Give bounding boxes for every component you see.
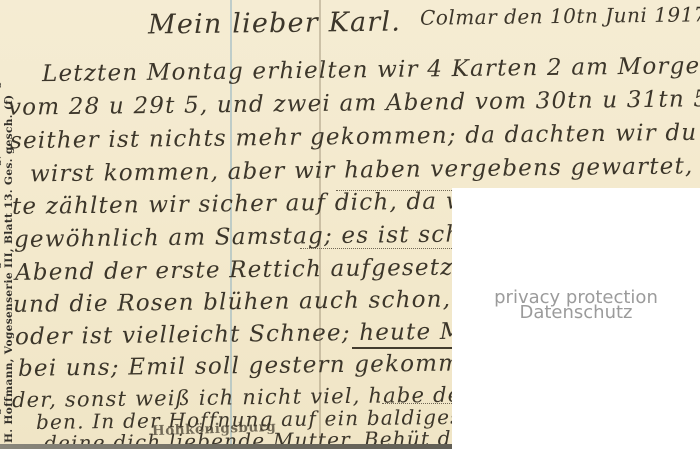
place-date-line: Colmar den 10tn Juni 1917 [420,2,700,30]
handwriting-line: und die Rosen blühen auch schon, ho [13,286,491,318]
privacy-overlay: privacy protection Datenschutz [452,188,700,449]
salutation: Mein lieber Karl. [148,6,401,40]
dotted-underline-mark [382,403,454,404]
postcard-scan: Verlag der Hofkunsthandlung Edm. von Kön… [0,0,700,449]
dotted-underline-mark [300,248,454,249]
handwriting-line: Letzten Montag erhielten wir 4 Karten 2 … [42,53,700,87]
handwriting-line: vom 28 u 29t 5, und zwei am Abend vom 30… [8,85,700,120]
publisher-imprint-line1: Verlag der Hofkunsthandlung Edm. von Kön… [0,77,2,447]
dotted-underline-mark [336,190,454,191]
handwriting-line: te zählten wir sicher auf dich, da wir [12,188,488,220]
handwriting-line: Abend der erste Rettich aufgesetzt u [15,254,489,286]
handwriting-line: seither ist nichts mehr gekommen; da dac… [10,120,698,154]
handwriting-line: bei uns; Emil soll gestern gekommen [18,350,492,382]
handwriting-line: wirst kommen, aber wir haben vergebens g… [30,153,700,188]
solid-underline-mark [352,347,452,349]
